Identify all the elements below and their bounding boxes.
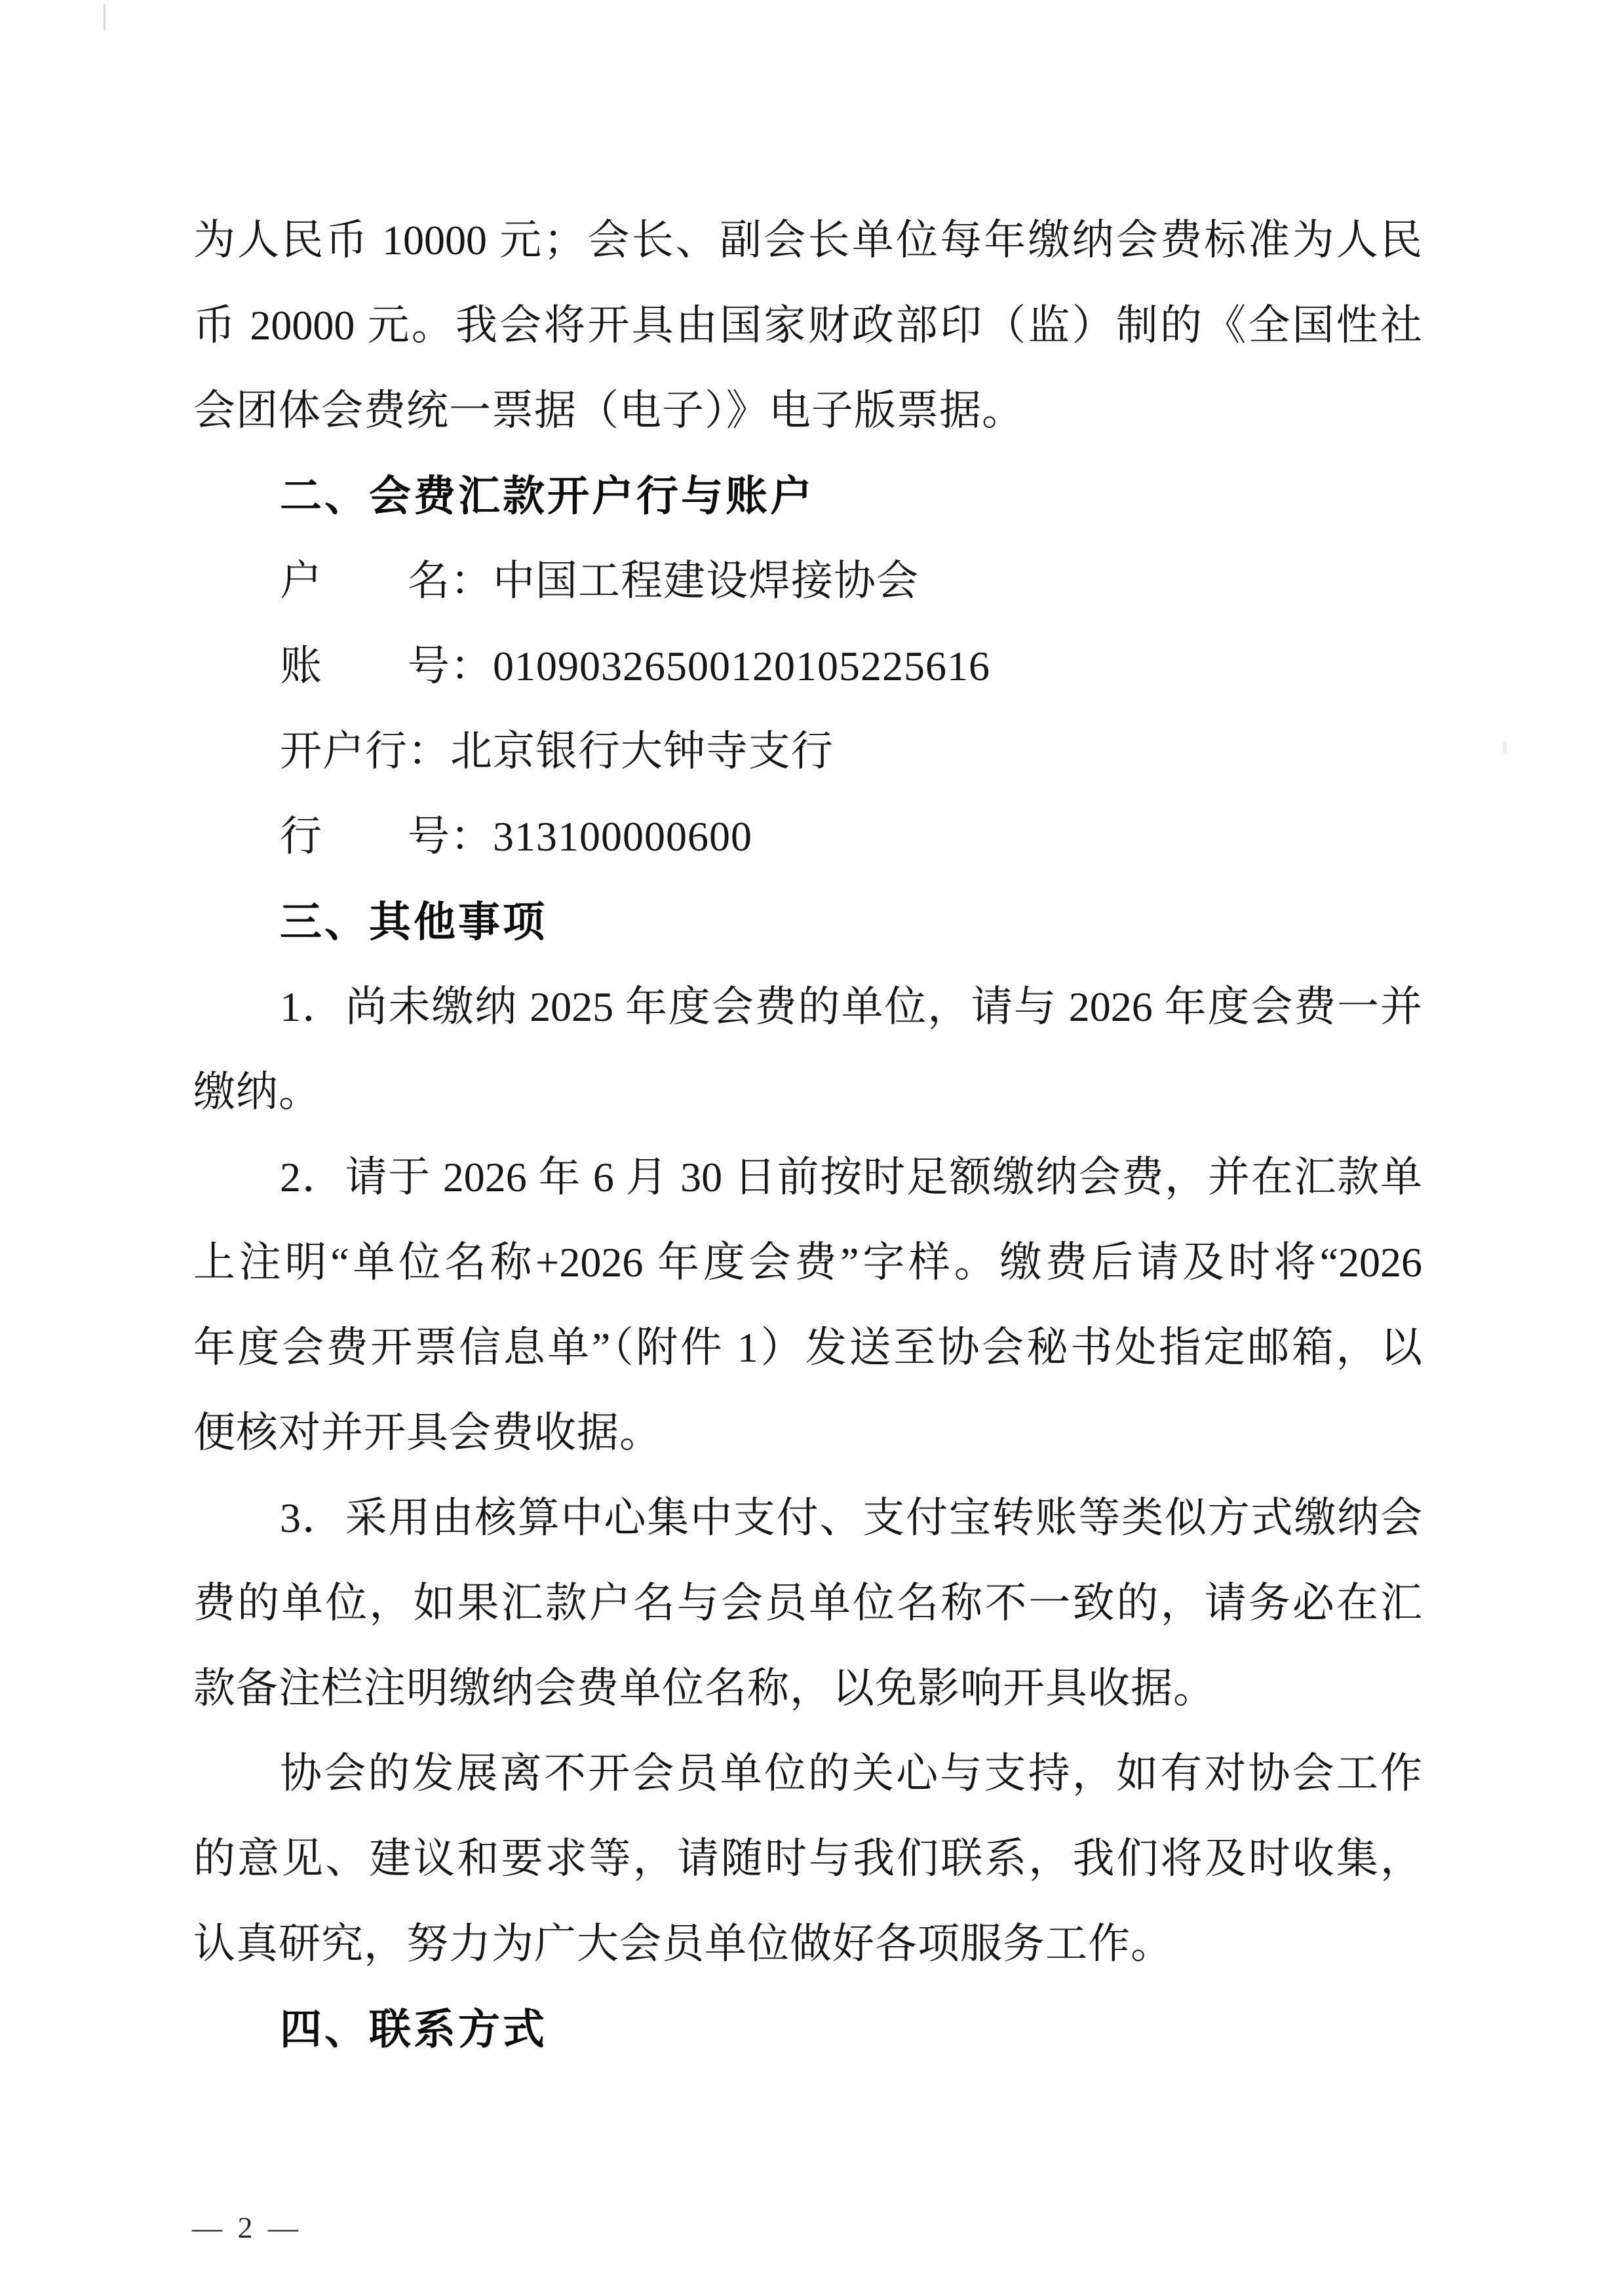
paragraph-line: 协会的发展离不开会员单位的关心与支持，如有对协会工作 [193,1731,1422,1816]
section-heading-4: 四、联系方式 [193,1987,1422,2072]
bank-code-line: 行 号：313100000600 [193,794,1422,879]
account-name-line: 户 名：中国工程建设焊接协会 [193,539,1422,624]
paragraph-line: 年度会费开票信息单”（附件 1）发送至协会秘书处指定邮箱，以 [193,1305,1422,1390]
scan-artifact [1503,742,1507,754]
paragraph-line: 认真研究，努力为广大会员单位做好各项服务工作。 [193,1902,1422,1987]
paragraph-line: 3．采用由核算中心集中支付、支付宝转账等类似方式缴纳会 [193,1476,1422,1561]
paragraph-line: 便核对并开具会费收据。 [193,1390,1422,1476]
section-heading-3: 三、其他事项 [193,879,1422,965]
paragraph-line: 缴纳。 [193,1050,1422,1135]
paragraph-line: 的意见、建议和要求等，请随时与我们联系，我们将及时收集， [193,1816,1422,1902]
paragraph-line: 为人民币 10000 元；会长、副会长单位每年缴纳会费标准为人民 [193,198,1422,283]
paragraph-line: 费的单位，如果汇款户名与会员单位名称不一致的，请务必在汇 [193,1561,1422,1646]
scanned-document-page: 为人民币 10000 元；会长、副会长单位每年缴纳会费标准为人民 币 20000… [0,0,1607,2296]
paragraph-line: 1．尚未缴纳 2025 年度会费的单位，请与 2026 年度会费一并 [193,965,1422,1050]
account-number-line: 账 号：01090326500120105225616 [193,624,1422,709]
paragraph-line: 款备注栏注明缴纳会费单位名称，以免影响开具收据。 [193,1646,1422,1731]
scan-artifact [104,4,106,30]
bank-branch-line: 开户行：北京银行大钟寺支行 [193,709,1422,794]
section-heading-2: 二、会费汇款开户行与账户 [193,453,1422,539]
paragraph-line: 2．请于 2026 年 6 月 30 日前按时足额缴纳会费，并在汇款单 [193,1135,1422,1220]
paragraph-line: 币 20000 元。我会将开具由国家财政部印（监）制的《全国性社 [193,283,1422,368]
page-number: — 2 — [192,2196,302,2259]
paragraph-line: 上注明“单位名称+2026 年度会费”字样。缴费后请及时将“2026 [193,1220,1422,1305]
paragraph-line: 会团体会费统一票据（电子）》电子版票据。 [193,368,1422,453]
